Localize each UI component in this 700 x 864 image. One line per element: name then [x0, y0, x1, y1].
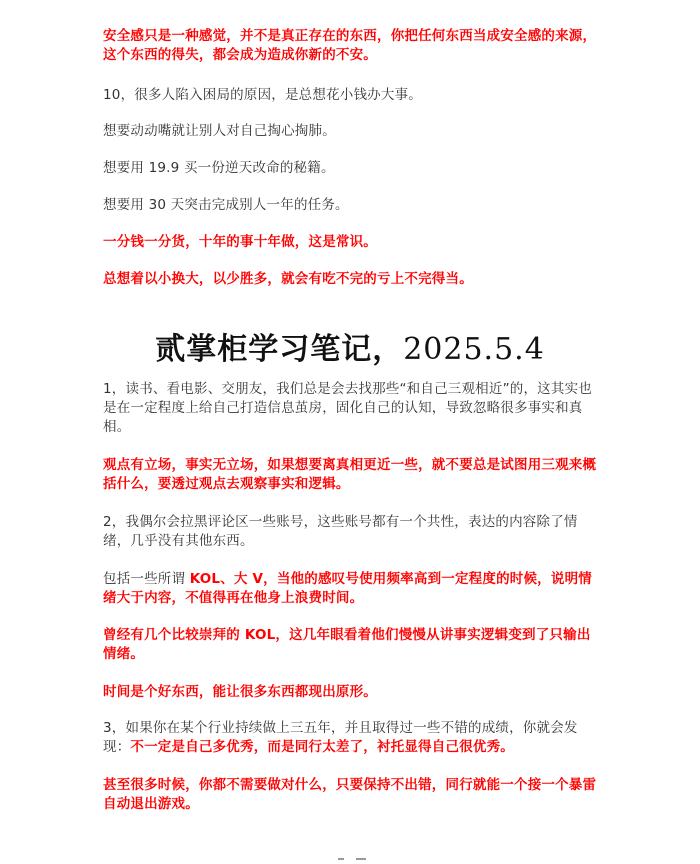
- paragraph-small-for-big: 总想着以小换大，以少胜多，就会有吃不完的亏上不完得当。: [103, 270, 603, 289]
- paragraph-1-info-cocoon: 1，读书、看电影、交朋友，我们总是会去找那些“和自己三观相近”的，这其实也是在一…: [103, 380, 603, 437]
- page-title: 贰掌柜学习笔记，2025.5.4: [0, 324, 700, 368]
- paragraph-19-9: 想要用 19.9 买一份逆天改命的秘籍。: [103, 159, 603, 178]
- paragraph-time-reveals: 时间是个好东西，能让很多东西都现出原形。: [103, 683, 603, 702]
- paragraph-kol-exclamation: 包括一些所谓 KOL、大 V，当他的感叹号使用频率高到一定程度的时候，说明情绪大…: [103, 570, 603, 608]
- title-date: 2025.5.4: [403, 332, 545, 367]
- paragraph-30-days: 想要用 30 天突击完成别人一年的任务。: [103, 196, 603, 215]
- paragraph-security-feeling: 安全感只是一种感觉，并不是真正存在的东西，你把任何东西当成安全感的来源，这个东西…: [103, 27, 603, 65]
- paragraph-stay-error-free: 甚至很多时候，你都不需要做对什么，只要保持不出错，同行就能一个接一个暴雷自动退出…: [103, 776, 603, 814]
- industry-highlight: 不一定是自己多优秀，而是同行太差了，衬托显得自己很优秀。: [130, 739, 514, 755]
- paragraph-talk-only: 想要动动嘴就让别人对自己掏心掏肺。: [103, 122, 603, 141]
- page-footer-cropped: [330, 858, 370, 864]
- paragraph-viewpoint-fact: 观点有立场，事实无立场，如果想要离真相更近一些，就不要总是试图用三观来概括什么，…: [103, 456, 603, 494]
- kol-prefix: 包括一些所谓: [103, 571, 190, 587]
- document-page: 安全感只是一种感觉，并不是真正存在的东西，你把任何东西当成安全感的来源，这个东西…: [0, 0, 700, 864]
- paragraph-admired-kol: 曾经有几个比较崇拜的 KOL，这几年眼看着他们慢慢从讲事实逻辑变到了只输出情绪。: [103, 626, 603, 664]
- paragraph-3-industry: 3，如果你在某个行业持续做上三五年，并且取得过一些不错的成绩，你就会发现：不一定…: [103, 719, 603, 757]
- paragraph-2-block-accounts: 2，我偶尔会拉黑评论区一些账号，这些账号都有一个共性，表达的内容除了情绪，几乎没…: [103, 513, 603, 551]
- paragraph-common-sense: 一分钱一分货，十年的事十年做，这是常识。: [103, 233, 603, 252]
- title-text: 贰掌柜学习笔记，: [155, 332, 403, 367]
- paragraph-10-small-money: 10，很多人陷入困局的原因，是总想花小钱办大事。: [103, 86, 603, 105]
